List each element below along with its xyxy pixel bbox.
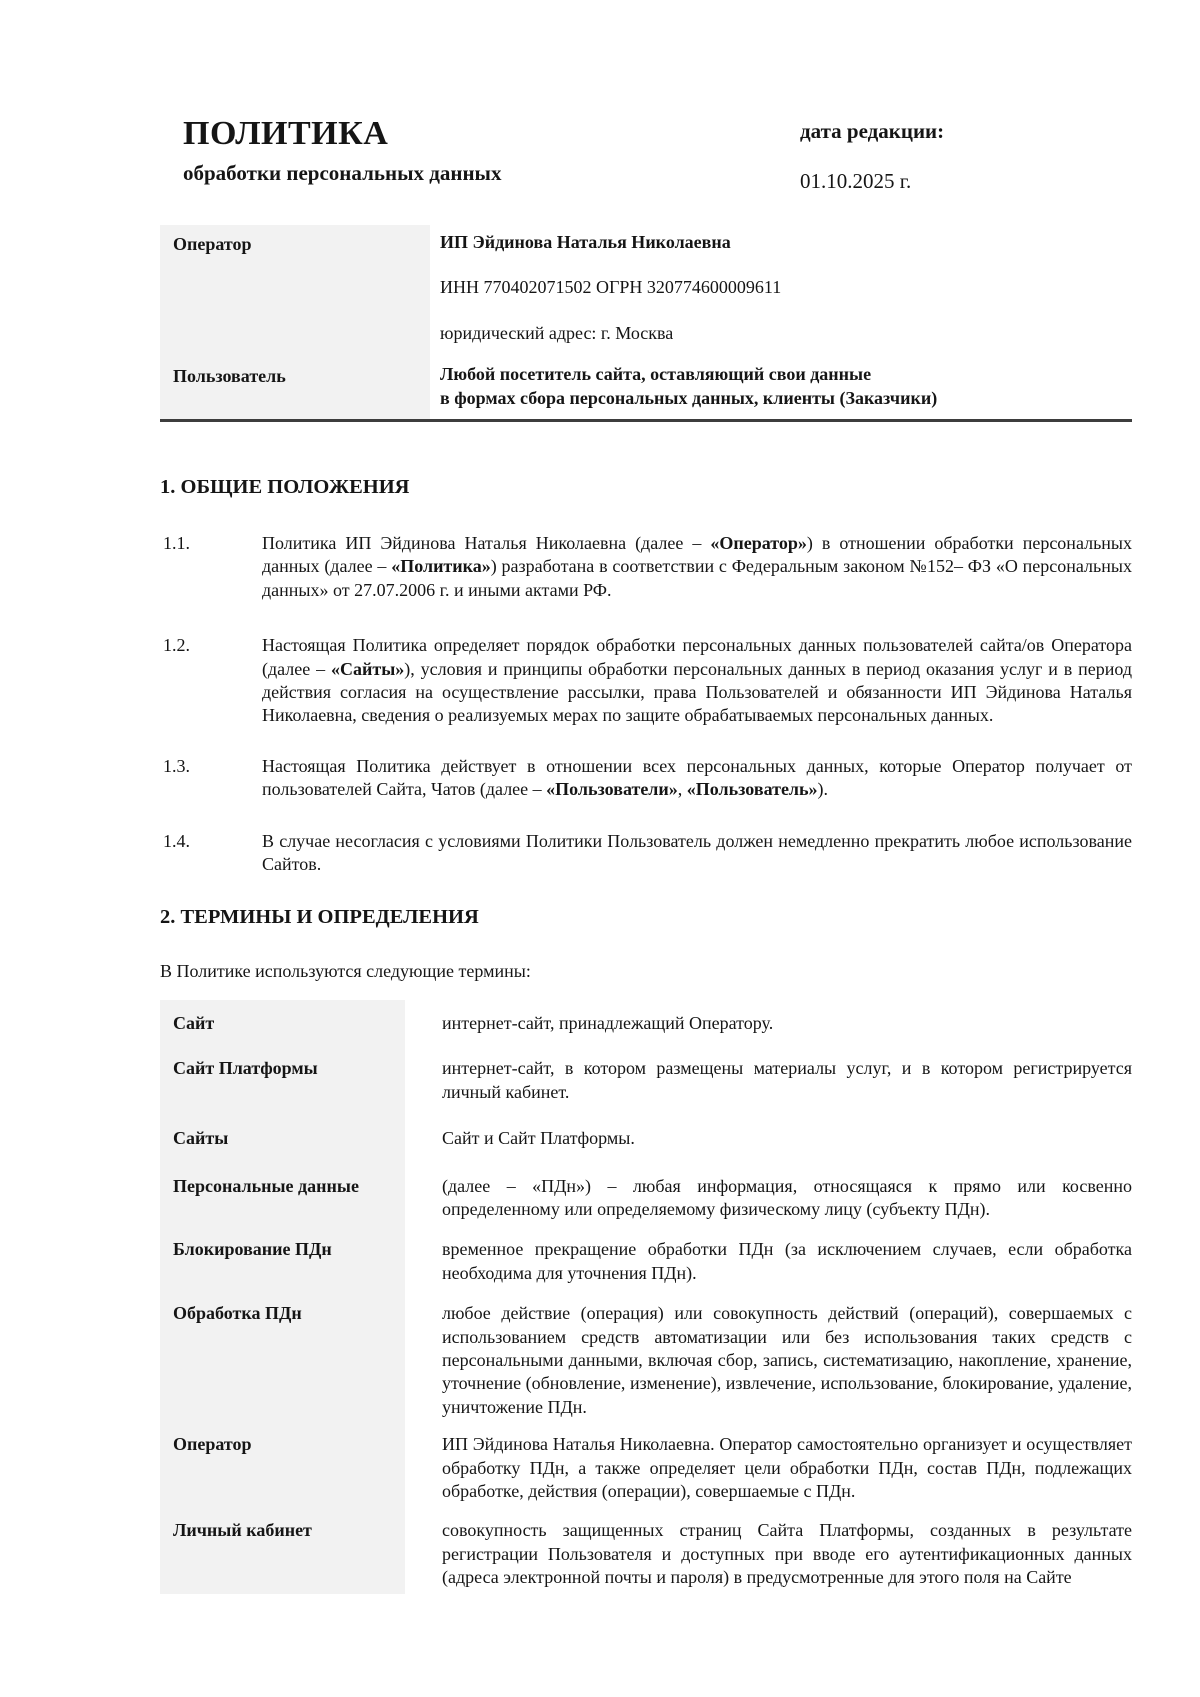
definition-cell: интернет-сайт, принадлежащий Оператору. (405, 1000, 1132, 1046)
table-row-term-blocking: Блокирование ПДн временное прекращение о… (160, 1227, 1132, 1291)
definition-cell: ИП Эйдинова Наталья Николаевна. Оператор… (405, 1422, 1132, 1508)
document-content: ПОЛИТИКА обработки персональных данных д… (0, 0, 1200, 1594)
clause-number: 1.1. (160, 532, 262, 602)
clause-number: 1.2. (160, 634, 262, 728)
clause-1-1: 1.1. Политика ИП Эйдинова Наталья Никола… (160, 532, 1132, 602)
table-row-term-processing: Обработка ПДн любое действие (операция) … (160, 1291, 1132, 1422)
user-definition-line: Любой посетитель сайта, оставляющий свои… (440, 363, 1132, 386)
definition-cell: временное прекращение обработки ПДн (за … (405, 1227, 1132, 1291)
table-row-term-sites: Сайты Сайт и Сайт Платформы. (160, 1115, 1132, 1162)
operator-name: ИП Эйдинова Наталья Николаевна (440, 231, 1132, 254)
clause-text: Настоящая Политика действует в отношении… (262, 755, 1132, 802)
table-row-term-platform-site: Сайт Платформы интернет-сайт, в котором … (160, 1046, 1132, 1115)
document-page: ПОЛИТИКА обработки персональных данных д… (0, 0, 1200, 1697)
party-value-cell: Любой посетитель сайта, оставляющий свои… (430, 353, 1132, 419)
definition-cell: совокупность защищенных страниц Сайта Пл… (405, 1508, 1132, 1593)
table-row-term-site: Сайт интернет-сайт, принадлежащий Операт… (160, 1000, 1132, 1046)
operator-legal-address: юридический адрес: г. Москва (440, 322, 1132, 345)
term-cell: Обработка ПДн (160, 1291, 405, 1422)
clause-1-3: 1.3. Настоящая Политика действует в отно… (160, 755, 1132, 802)
clause-text: Политика ИП Эйдинова Наталья Николаевна … (262, 532, 1132, 602)
definition-cell: (далее – «ПДн») – любая информация, отно… (405, 1163, 1132, 1228)
title-block: ПОЛИТИКА обработки персональных данных (160, 116, 800, 194)
term-cell: Личный кабинет (160, 1508, 405, 1593)
definition-cell: Сайт и Сайт Платформы. (405, 1115, 1132, 1162)
revision-date-label: дата редакции: (800, 118, 1132, 144)
terms-table: Сайт интернет-сайт, принадлежащий Операт… (160, 1000, 1132, 1594)
clause-number: 1.3. (160, 755, 262, 802)
term-cell: Сайты (160, 1115, 405, 1162)
terms-intro: В Политике используются следующие термин… (160, 960, 1132, 983)
page-title: ПОЛИТИКА (183, 116, 800, 152)
clause-number: 1.4. (160, 830, 262, 877)
table-row-user: Пользователь Любой посетитель сайта, ост… (160, 353, 1132, 419)
revision-block: дата редакции: 01.10.2025 г. (800, 116, 1132, 194)
term-cell: Сайт Платформы (160, 1046, 405, 1115)
revision-date-value: 01.10.2025 г. (800, 168, 1132, 194)
term-cell: Блокирование ПДн (160, 1227, 405, 1291)
document-header: ПОЛИТИКА обработки персональных данных д… (160, 0, 1132, 194)
table-row-term-operator: Оператор ИП Эйдинова Наталья Николаевна.… (160, 1422, 1132, 1508)
user-definition-line: в формах сбора персональных данных, клие… (440, 387, 1132, 410)
clause-1-2: 1.2. Настоящая Политика определяет поряд… (160, 634, 1132, 728)
term-cell: Персональные данные (160, 1163, 405, 1228)
clause-text: Настоящая Политика определяет порядок об… (262, 634, 1132, 728)
party-role-cell: Пользователь (160, 353, 430, 419)
table-row-term-personal-data: Персональные данные (далее – «ПДн») – лю… (160, 1163, 1132, 1228)
parties-table: Оператор ИП Эйдинова Наталья Николаевна … (160, 225, 1132, 422)
operator-inn-ogrn: ИНН 770402071502 ОГРН 320774600009611 (440, 276, 1132, 299)
page-subtitle: обработки персональных данных (183, 160, 800, 186)
clause-text: В случае несогласия с условиями Политики… (262, 830, 1132, 877)
definition-cell: интернет-сайт, в котором размещены матер… (405, 1046, 1132, 1115)
section-heading-general: 1. ОБЩИЕ ПОЛОЖЕНИЯ (160, 474, 1132, 500)
definition-cell: любое действие (операция) или совокупнос… (405, 1291, 1132, 1422)
clause-1-4: 1.4. В случае несогласия с условиями Пол… (160, 830, 1132, 877)
section-heading-terms: 2. ТЕРМИНЫ И ОПРЕДЕЛЕНИЯ (160, 904, 1132, 930)
party-value-cell: ИП Эйдинова Наталья Николаевна ИНН 77040… (430, 225, 1132, 353)
table-row-term-personal-account: Личный кабинет совокупность защищенных с… (160, 1508, 1132, 1593)
term-cell: Сайт (160, 1000, 405, 1046)
table-row-operator: Оператор ИП Эйдинова Наталья Николаевна … (160, 225, 1132, 353)
party-role-cell: Оператор (160, 225, 430, 353)
term-cell: Оператор (160, 1422, 405, 1508)
